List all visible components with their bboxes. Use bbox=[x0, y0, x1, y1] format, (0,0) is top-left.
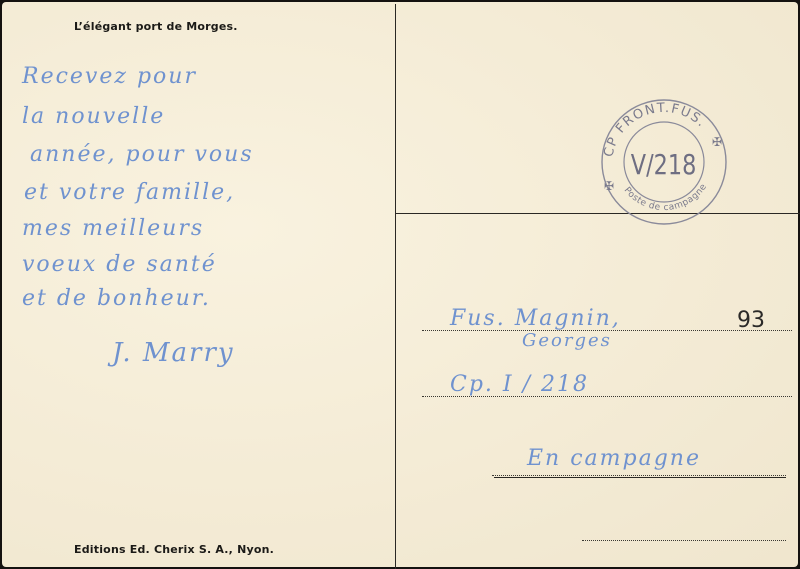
message-line: Recevez pour bbox=[22, 64, 197, 89]
message-line: la nouvelle bbox=[22, 104, 165, 129]
address-name: Fus. Magnin, bbox=[450, 306, 621, 331]
address-underline bbox=[494, 477, 786, 478]
message-line: mes meilleurs bbox=[22, 216, 204, 241]
address-unit: Cp. I / 218 bbox=[450, 372, 589, 397]
message-line: voeux de santé bbox=[22, 252, 217, 277]
address-firstname: Georges bbox=[522, 330, 612, 351]
message-line: année, pour vous bbox=[30, 142, 254, 167]
vertical-divider bbox=[395, 4, 396, 569]
message-line: et votre famille, bbox=[24, 180, 235, 205]
signature: J. Marry bbox=[112, 338, 235, 368]
svg-text:✠: ✠ bbox=[712, 135, 722, 149]
postcard-caption: L’élégant port de Morges. bbox=[74, 20, 238, 33]
svg-text:✠: ✠ bbox=[604, 179, 614, 193]
message-line: et de bonheur. bbox=[22, 286, 211, 311]
address-line-3 bbox=[492, 475, 786, 476]
postcard-back: L’élégant port de Morges. Editions Ed. C… bbox=[2, 2, 798, 567]
address-number: 93 bbox=[737, 308, 765, 333]
publisher-imprint: Editions Ed. Cherix S. A., Nyon. bbox=[74, 543, 274, 556]
svg-text:V/218: V/218 bbox=[631, 147, 697, 180]
address-line-4 bbox=[582, 540, 786, 541]
address-location: En campagne bbox=[527, 446, 701, 471]
postmark-icon: CP FRONT.FUS. Poste de campagne V/218 ✠ … bbox=[594, 94, 734, 226]
